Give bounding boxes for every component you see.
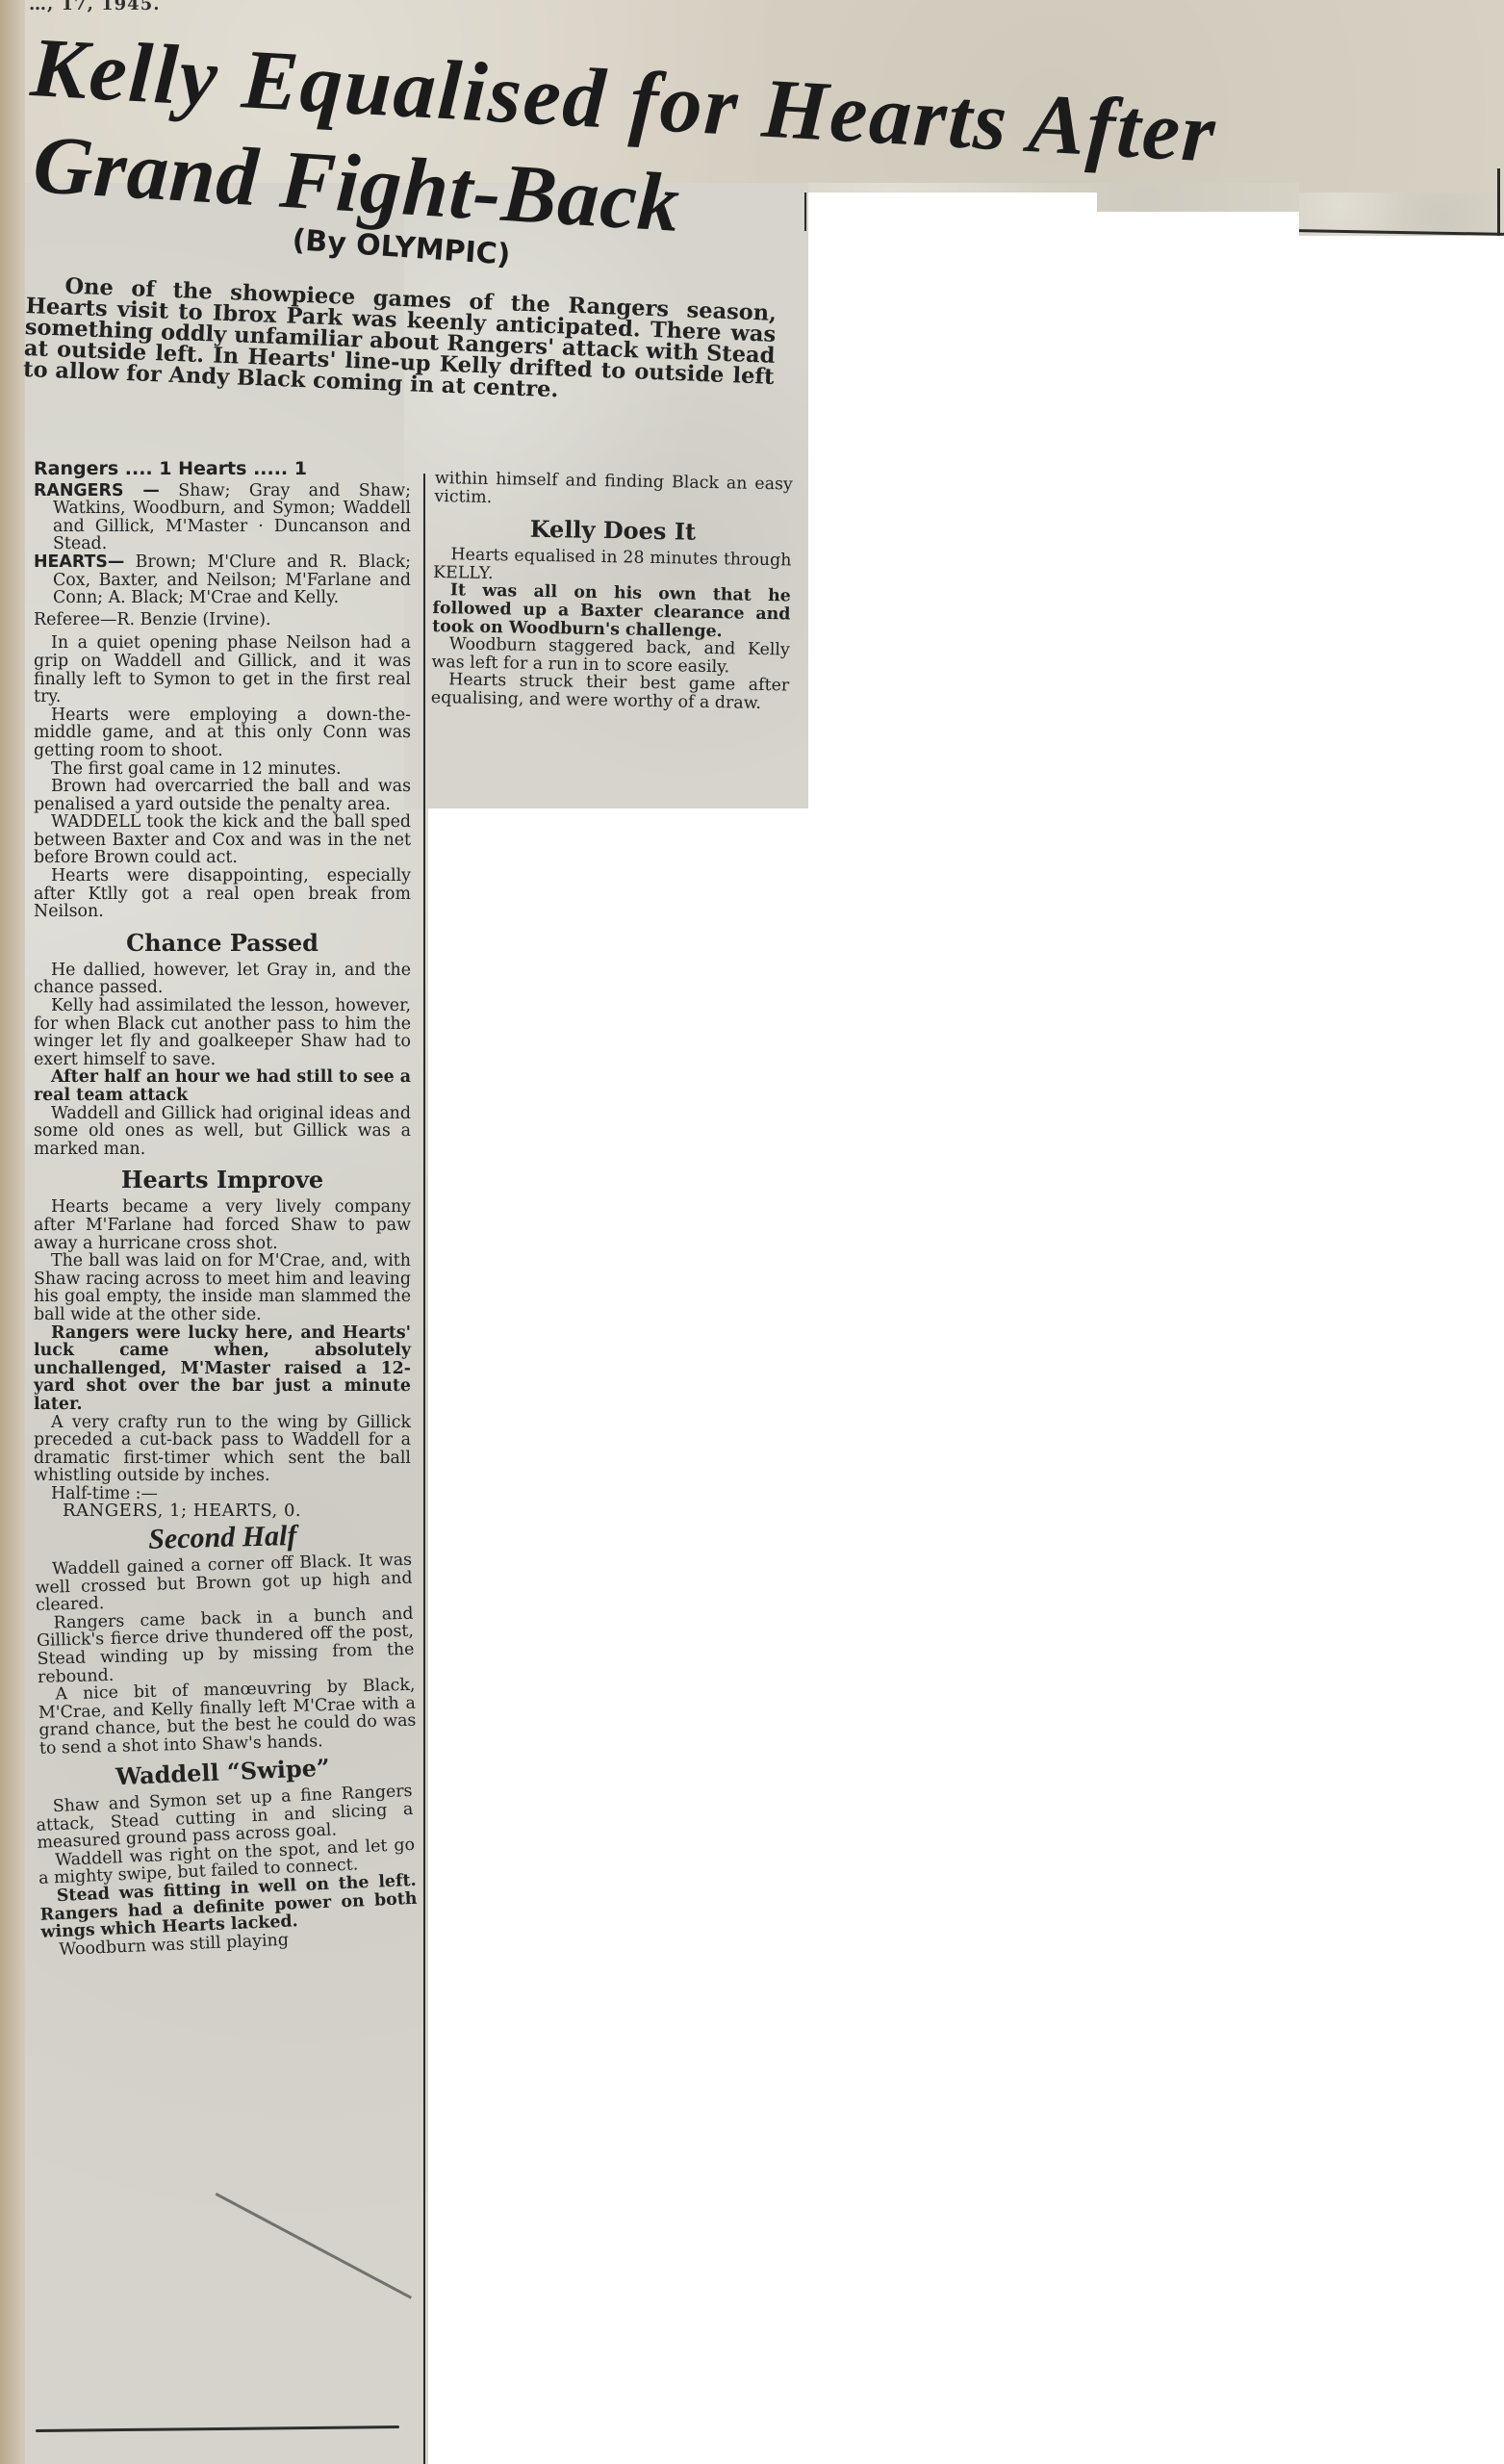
referee-line: Referee—R. Benzie (Irvine). <box>34 611 411 629</box>
article-paragraph: The first goal came in 12 minutes. <box>34 760 411 779</box>
column-rule <box>423 474 425 2464</box>
section-chance-passed: He dallied, however, let Gray in, and th… <box>34 962 411 1159</box>
hearts-lineup: HEARTS— Brown; M'Clure and R. Black; Cox… <box>34 553 411 607</box>
article-paragraph: Hearts were disappointing, especially af… <box>34 867 411 921</box>
section-second-half: Waddell gained a corner off Black. It wa… <box>35 1552 417 1758</box>
swipe-block: Waddell “Swipe” Shaw and Symon set up a … <box>34 1749 419 1959</box>
subhead-kelly-does-it: Kelly Does It <box>434 513 792 548</box>
section-waddell-swipe: Shaw and Symon set up a fine Rangers att… <box>35 1782 419 1959</box>
column-rule <box>1497 168 1500 236</box>
section-opening: In a quiet opening phase Neilson had a g… <box>34 634 411 921</box>
rangers-lineup-label: RANGERS — <box>34 481 160 500</box>
article-paragraph: Hearts were employing a down-the-middle … <box>34 706 411 760</box>
hearts-lineup-label: HEARTS— <box>34 552 124 572</box>
subhead-chance-passed: Chance Passed <box>34 929 411 958</box>
second-half-block: Second Half Waddell gained a corner off … <box>34 1519 417 1758</box>
cut-out-area <box>808 212 1299 236</box>
article-paragraph: Hearts became a very lively company afte… <box>34 1198 411 1252</box>
article-paragraph: A very crafty run to the wing by Gillick… <box>34 1414 411 1485</box>
rangers-lineup: RANGERS — Shaw; Gray and Shaw; Watkins, … <box>34 482 411 553</box>
article-paragraph: WADDELL took the kick and the ball sped … <box>34 813 411 867</box>
continuation-text: within himself and finding Black an easy… <box>434 470 793 512</box>
column-rule <box>804 192 806 231</box>
halftime-score: RANGERS, 1; HEARTS, 0. <box>34 1502 411 1521</box>
section-hearts-improve: Hearts became a very lively company afte… <box>34 1198 411 1485</box>
article-paragraph: Hearts struck their best game after equa… <box>431 671 790 713</box>
subhead-hearts-improve: Hearts Improve <box>34 1166 411 1194</box>
article-paragraph: A nice bit of manœuvring by Black, M'Cra… <box>38 1677 417 1758</box>
article-paragraph: Brown had overcarried the ball and was p… <box>34 778 411 813</box>
article-column-1: Rangers .... 1 Hearts ..... 1 RANGERS — … <box>34 460 411 1960</box>
section-kelly-does-it: Hearts equalised in 28 minutes through K… <box>431 546 792 713</box>
dateline: …, 17, 1945. <box>29 0 160 14</box>
article-paragraph: Rangers came back in a bunch and Gillick… <box>36 1605 415 1687</box>
article-paragraph: Rangers were lucky here, and Hearts' luc… <box>34 1324 411 1414</box>
page-binding-edge <box>0 0 25 2464</box>
article-paragraph: In a quiet opening phase Neilson had a g… <box>34 634 411 706</box>
article-paragraph: It was all on his own that he followed u… <box>432 581 791 641</box>
article-paragraph: He dallied, however, let Gray in, and th… <box>34 962 411 997</box>
article-paragraph: Kelly had assimilated the lesson, howeve… <box>34 997 411 1068</box>
scoreline: Rangers .... 1 Hearts ..... 1 <box>34 460 411 478</box>
article-paragraph: After half an hour we had still to see a… <box>34 1068 411 1104</box>
article-paragraph: The ball was laid on for M'Crae, and, wi… <box>34 1252 411 1323</box>
article-column-2: within himself and finding Black an easy… <box>431 470 793 713</box>
article-paragraph: Waddell and Gillick had original ideas a… <box>34 1105 411 1159</box>
